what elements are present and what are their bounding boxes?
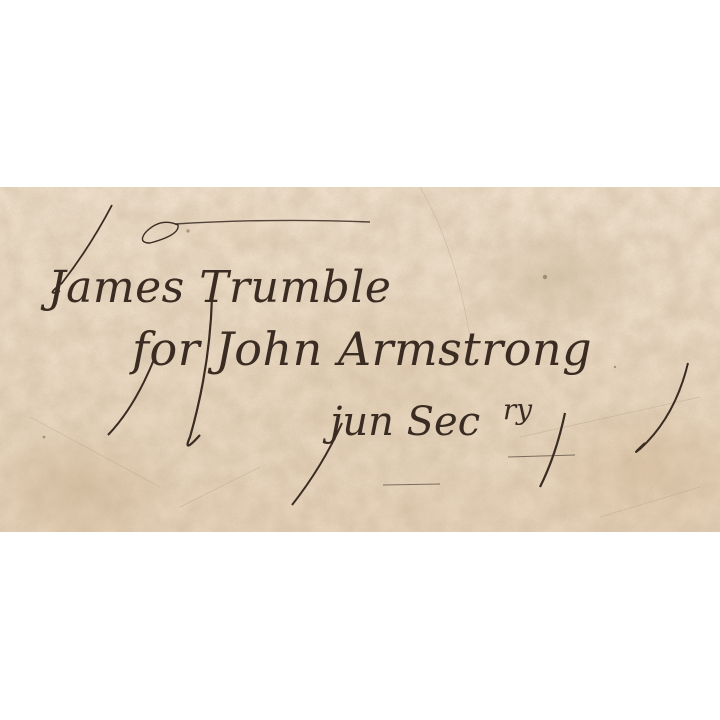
line-3-superscript: ry	[503, 393, 533, 426]
line-3-title: jun Sec ry	[322, 393, 533, 445]
aged-paper: James Trumble for John Armstrong jun Sec…	[0, 187, 720, 532]
line-3-main: jun Sec	[322, 399, 480, 445]
image-canvas: James Trumble for John Armstrong jun Sec…	[0, 0, 720, 720]
line-1-name: James Trumble	[40, 262, 391, 313]
line-2-name: for John Armstrong	[129, 322, 592, 376]
handwriting: James Trumble for John Armstrong jun Sec…	[0, 187, 720, 532]
